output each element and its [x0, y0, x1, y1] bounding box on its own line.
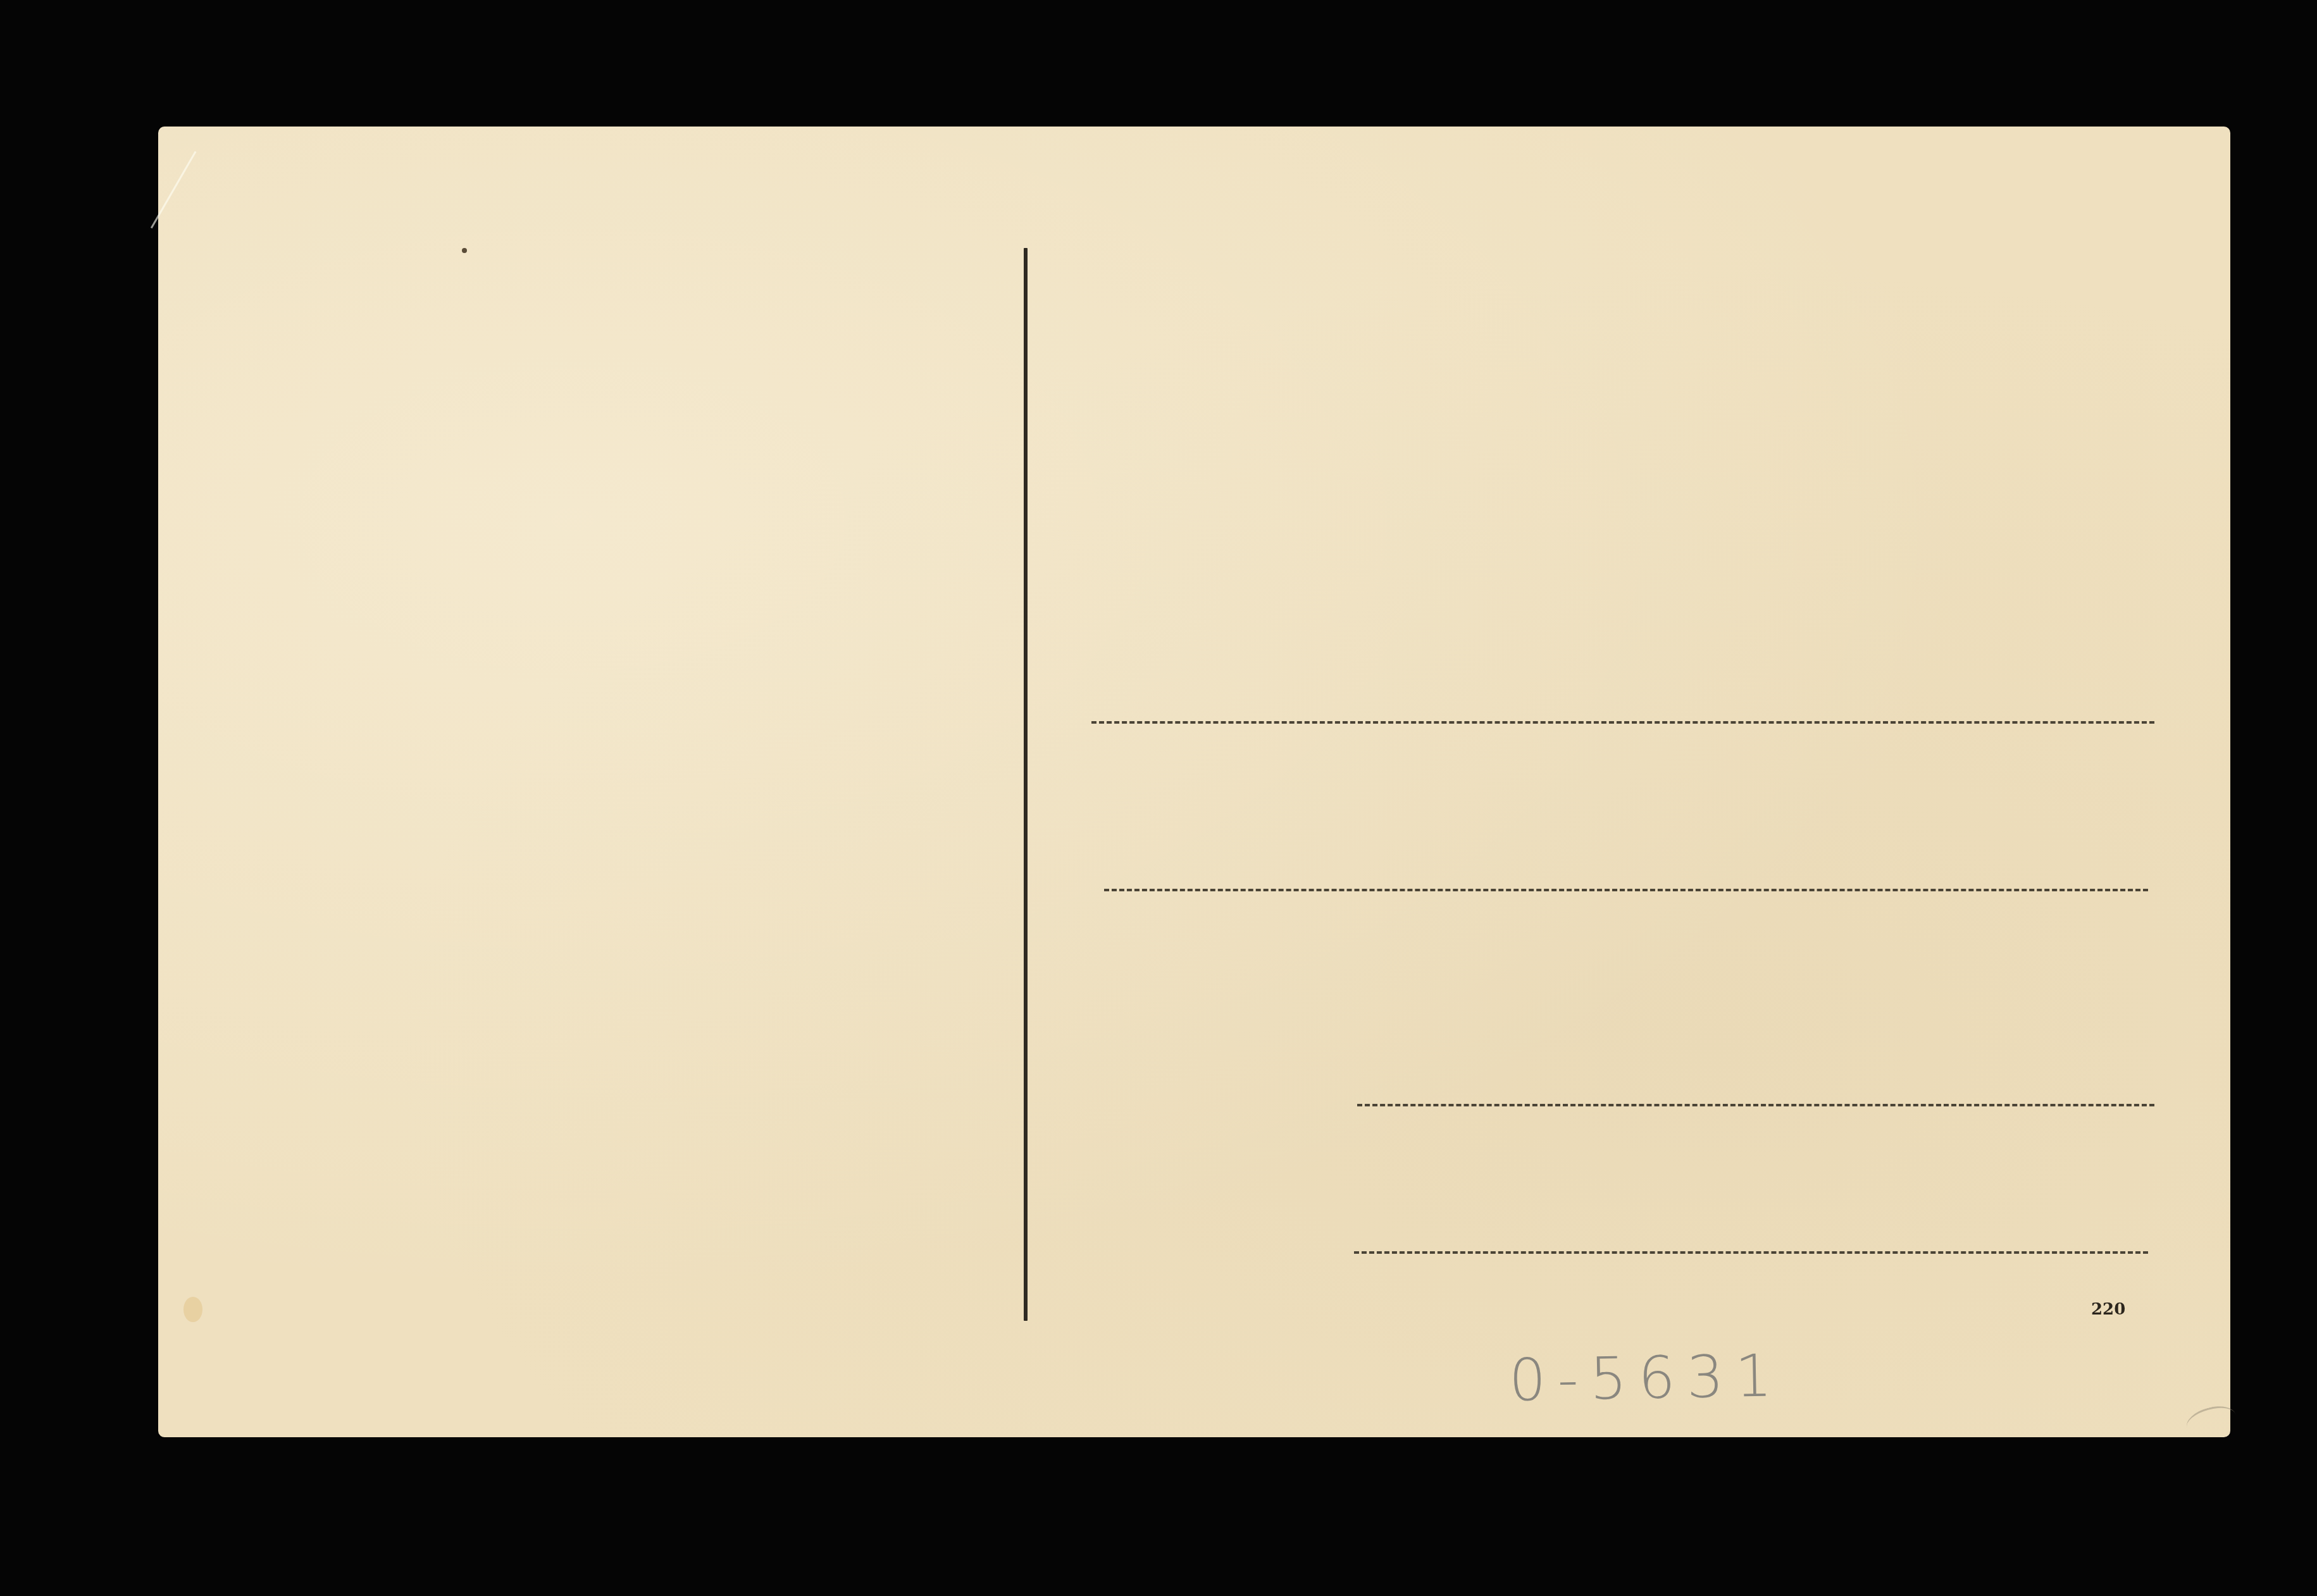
corner-crease-top-left — [151, 151, 218, 242]
corner-crease-bottom-right — [2183, 1401, 2239, 1440]
postcard-back: 220 0-5631 — [158, 127, 2230, 1437]
ink-speck — [462, 248, 467, 253]
pencil-inventory-number: 0-5631 — [1508, 1342, 1784, 1414]
vertical-divider-line — [1024, 248, 1028, 1321]
address-line-1 — [1091, 721, 2154, 724]
foxing-stain — [183, 1297, 202, 1322]
printed-card-number: 220 — [2091, 1300, 2125, 1319]
address-line-3 — [1357, 1104, 2154, 1106]
address-line-4 — [1354, 1251, 2148, 1254]
address-line-2 — [1104, 889, 2148, 891]
